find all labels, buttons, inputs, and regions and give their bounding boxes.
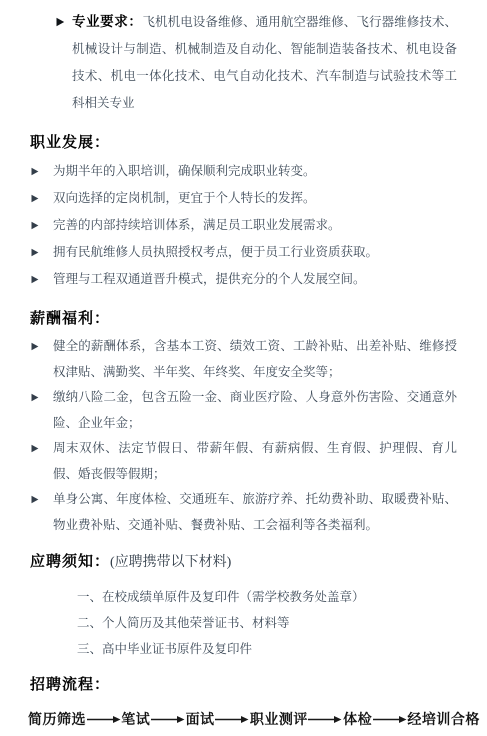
arrow-right-icon [308, 715, 342, 724]
list-item-text: 为期半年的入职培训，确保顺利完成职业转变。 [53, 164, 316, 178]
arrow-bullet-icon [56, 17, 65, 27]
flow-step-resume-screening: 简历筛选 [28, 709, 86, 729]
arrow-right-icon [87, 715, 121, 724]
intro-bullet-item: 专业要求：飞机机电设备维修、通用航空器维修、飞行器维修技术、机械设计与制造、机械… [0, 8, 457, 117]
arrow-bullet-icon [31, 167, 39, 176]
salary-list: 健全的薪酬体系，含基本工资、绩效工资、工龄补贴、出差补贴、维修授权津贴、满勤奖、… [0, 334, 487, 538]
flow-step-interview: 面试 [186, 709, 215, 729]
arrow-right-icon [151, 715, 185, 724]
list-item: 缴纳八险二金，包含五险一金、商业医疗险、人身意外伤害险、交通意外险、企业年金； [0, 385, 487, 436]
arrow-right-icon [215, 715, 249, 724]
arrow-bullet-icon [31, 444, 39, 453]
list-item: 双向选择的定岗机制，更宜于个人特长的发挥。 [0, 185, 487, 212]
list-item-text: 管理与工程双通道晋升模式，提供充分的个人发展空间。 [53, 272, 366, 286]
list-item-text: 拥有民航维修人员执照授权考点，便于员工行业资质获取。 [53, 245, 378, 259]
arrow-bullet-icon [31, 194, 39, 203]
list-item-text: 完善的内部持续培训体系，满足员工职业发展需求。 [53, 218, 341, 232]
arrow-bullet-icon [31, 495, 39, 504]
flow-step-training-passed: 经培训合格 [407, 709, 480, 729]
section-heading-career: 职业发展： [0, 132, 487, 154]
arrow-right-icon [373, 715, 407, 724]
list-item: 单身公寓、年度体检、交通班车、旅游疗养、托幼费补助、取暖费补贴、物业费补贴、交通… [0, 487, 487, 538]
arrow-bullet-icon [31, 248, 39, 257]
notice-item: 三、高中毕业证书原件及复印件 [77, 636, 487, 662]
section-heading-notice: 应聘须知：(应聘携带以下材料) [0, 551, 487, 574]
recruitment-flow: 简历筛选 笔试 面试 职业测评 体检 经培训合格 [28, 709, 480, 729]
flow-step-career-assessment: 职业测评 [250, 709, 308, 729]
document-page: 专业要求：飞机机电设备维修、通用航空器维修、飞行器维修技术、机械设计与制造、机械… [0, 0, 487, 736]
list-item-text: 双向选择的定岗机制，更宜于个人特长的发挥。 [53, 191, 316, 205]
section-heading-process: 招聘流程： [0, 674, 487, 696]
list-item: 完善的内部持续培训体系，满足员工职业发展需求。 [0, 212, 487, 239]
notice-item: 二、个人简历及其他荣誉证书、材料等 [77, 610, 487, 636]
flow-step-physical-exam: 体检 [343, 709, 372, 729]
arrow-bullet-icon [31, 393, 39, 402]
career-list: 为期半年的入职培训，确保顺利完成职业转变。 双向选择的定岗机制，更宜于个人特长的… [0, 158, 487, 293]
list-item: 拥有民航维修人员执照授权考点，便于员工行业资质获取。 [0, 239, 487, 266]
intro-text: 飞机机电设备维修、通用航空器维修、飞行器维修技术、机械设计与制造、机械制造及自动… [72, 15, 457, 110]
notice-item: 一、在校成绩单原件及复印件（需学校教务处盖章） [77, 584, 487, 610]
list-item-text: 缴纳八险二金，包含五险一金、商业医疗险、人身意外伤害险、交通意外险、企业年金； [53, 390, 457, 430]
arrow-bullet-icon [31, 342, 39, 351]
list-item: 管理与工程双通道晋升模式，提供充分的个人发展空间。 [0, 266, 487, 293]
intro-label: 专业要求： [72, 14, 142, 29]
list-item: 周末双休、法定节假日、带薪年假、有薪病假、生育假、护理假、育儿假、婚丧假等假期； [0, 436, 487, 487]
arrow-bullet-icon [31, 275, 39, 284]
notice-heading-label: 应聘须知： [30, 553, 110, 570]
list-item-text: 单身公寓、年度体检、交通班车、旅游疗养、托幼费补助、取暖费补贴、物业费补贴、交通… [53, 492, 457, 532]
notice-list: 一、在校成绩单原件及复印件（需学校教务处盖章） 二、个人简历及其他荣誉证书、材料… [0, 584, 487, 662]
section-heading-salary: 薪酬福利： [0, 308, 487, 330]
list-item: 健全的薪酬体系，含基本工资、绩效工资、工龄补贴、出差补贴、维修授权津贴、满勤奖、… [0, 334, 487, 385]
notice-heading-note: (应聘携带以下材料) [110, 555, 231, 570]
list-item: 为期半年的入职培训，确保顺利完成职业转变。 [0, 158, 487, 185]
list-item-text: 周末双休、法定节假日、带薪年假、有薪病假、生育假、护理假、育儿假、婚丧假等假期； [53, 441, 457, 481]
flow-step-written-test: 笔试 [121, 709, 150, 729]
arrow-bullet-icon [31, 221, 39, 230]
list-item-text: 健全的薪酬体系，含基本工资、绩效工资、工龄补贴、出差补贴、维修授权津贴、满勤奖、… [53, 339, 457, 379]
